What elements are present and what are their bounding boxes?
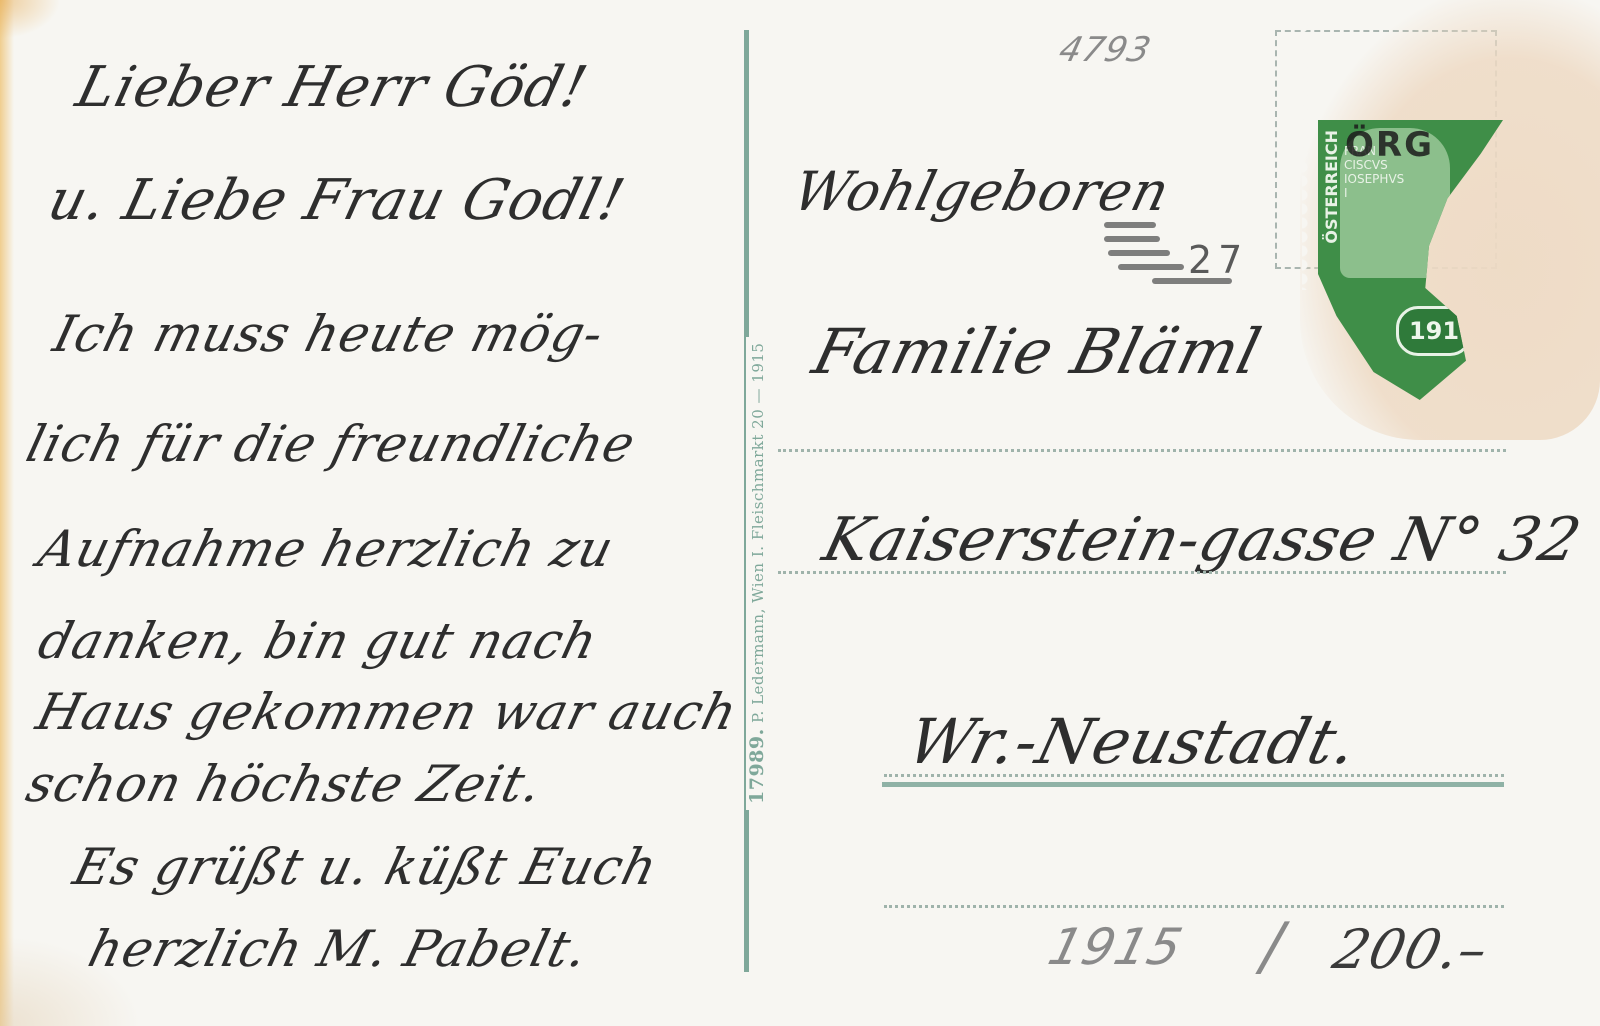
message-line: lich für die freundliche bbox=[21, 415, 642, 473]
message-line: Haus gekommen war auch bbox=[31, 683, 744, 741]
address-city: Wr.-Neustadt. bbox=[901, 705, 1366, 778]
stamp-perforation bbox=[1302, 20, 1314, 290]
address-line-2 bbox=[778, 571, 1506, 574]
postcard-back: Lieber Herr Göd! u. Liebe Frau Godl! Ich… bbox=[0, 0, 1600, 1026]
address-honorific: Wohlgeboren bbox=[787, 160, 1176, 223]
address-line-4 bbox=[884, 905, 1504, 908]
address-line-1 bbox=[778, 449, 1506, 452]
publisher-imprint: 17989. P. Ledermann, Wien I. Fleischmark… bbox=[746, 337, 768, 810]
pencil-price: 200.– bbox=[1327, 918, 1495, 981]
message-line: Ich muss heute mög- bbox=[48, 305, 610, 363]
pencil-reference: 4793 bbox=[1055, 30, 1156, 70]
cancellation-text: ÖRG bbox=[1345, 125, 1434, 165]
message-line: Aufnahme herzlich zu bbox=[33, 520, 620, 578]
salutation-line-1: Lieber Herr Göd! bbox=[70, 55, 594, 120]
message-line: Es grüßt u. küßt Euch bbox=[68, 838, 664, 896]
signature-line: herzlich M. Pabelt. bbox=[83, 920, 594, 978]
city-underline bbox=[882, 782, 1504, 787]
pencil-separator: / bbox=[1253, 910, 1294, 984]
card-number: 17989. bbox=[746, 728, 768, 804]
message-line: danken, bin gut nach bbox=[33, 612, 604, 670]
stamp-country: ÖSTERREICH bbox=[1322, 130, 1341, 244]
address-line-3 bbox=[884, 774, 1504, 777]
address-recipient: Familie Bläml bbox=[806, 315, 1269, 388]
postmark-date: 27 bbox=[1188, 238, 1248, 282]
message-line: schon höchste Zeit. bbox=[21, 755, 549, 813]
publisher-text: P. Ledermann, Wien I. Fleischmarkt 20 — … bbox=[749, 343, 767, 723]
pencil-year: 1915 bbox=[1043, 918, 1189, 976]
salutation-line-2: u. Liebe Frau Godl! bbox=[42, 168, 632, 233]
address-street: Kaiserstein-gasse N° 32 bbox=[816, 505, 1588, 575]
